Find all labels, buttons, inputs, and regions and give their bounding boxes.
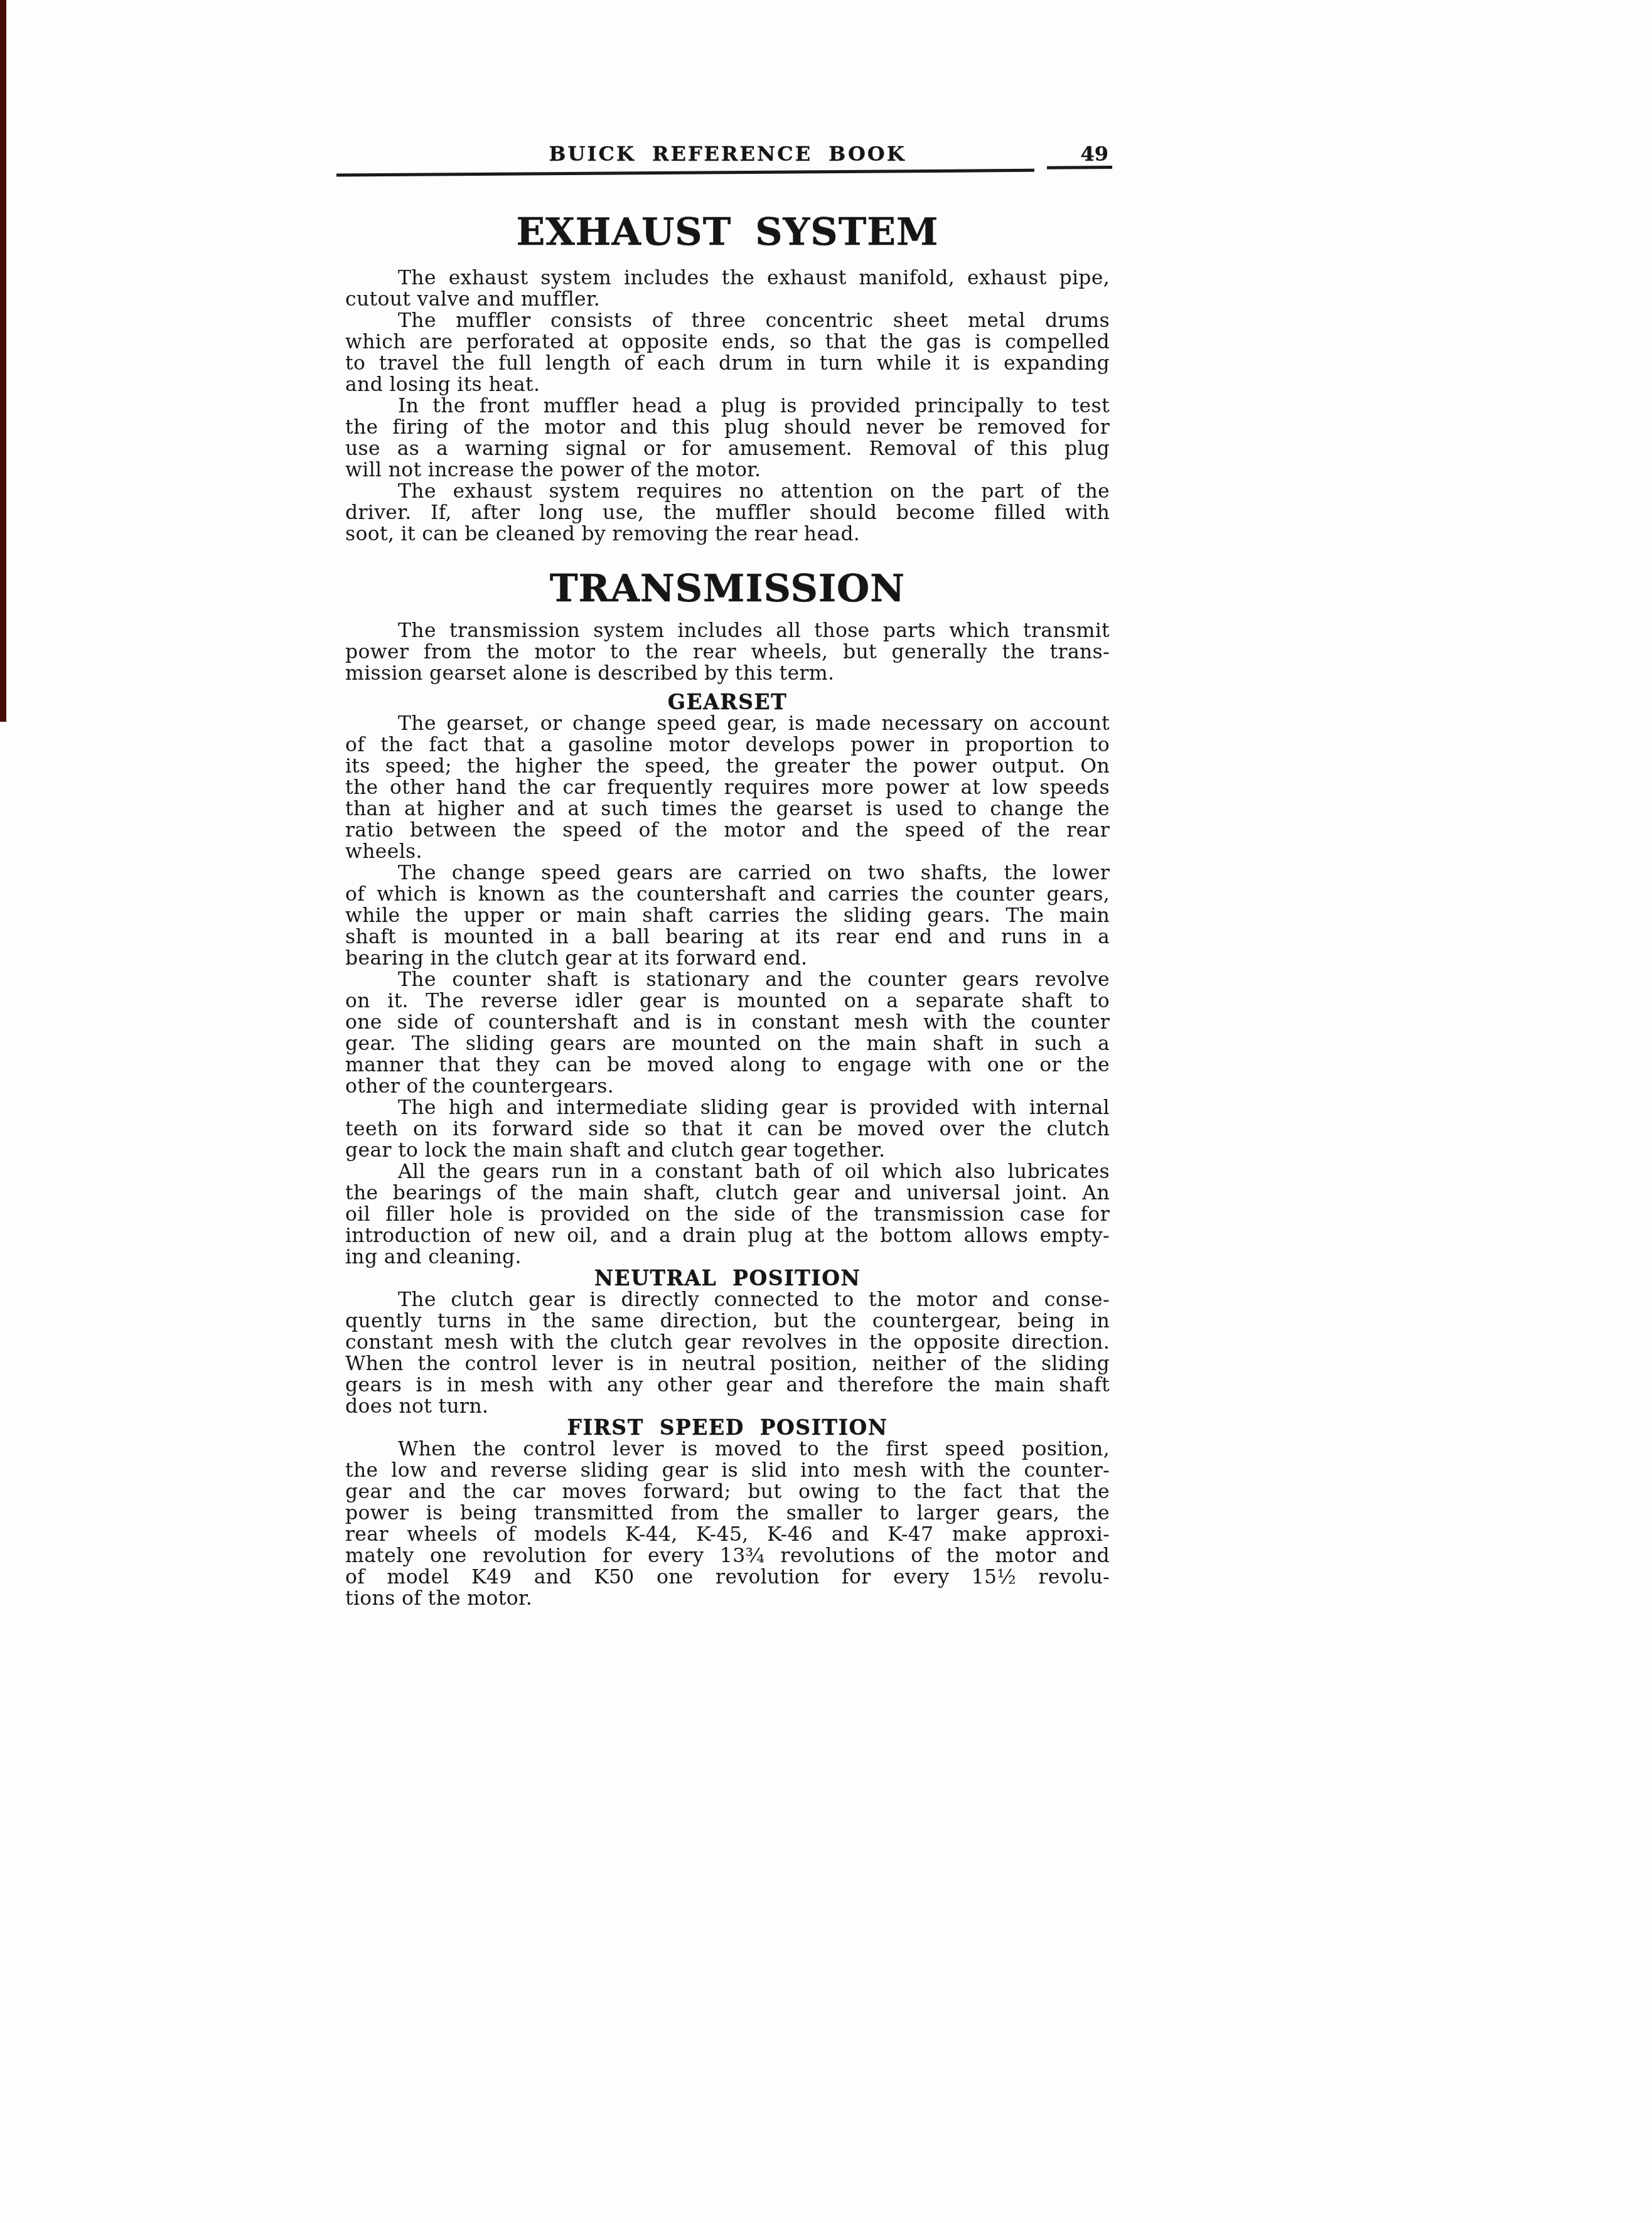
text-line: its speed; the higher the speed, the gre… — [345, 756, 1110, 777]
text-line: The change speed gears are carried on tw… — [345, 862, 1110, 884]
text-line: bearing in the clutch gear at its forwar… — [345, 948, 1110, 969]
text-line: All the gears run in a constant bath of … — [345, 1161, 1110, 1182]
text-line: soot, it can be cleaned by removing the … — [345, 523, 1110, 545]
text-line: on it. The reverse idler gear is mounted… — [345, 990, 1110, 1012]
header-rule-segment-right — [1047, 166, 1112, 169]
text-line: cutout valve and muffler. — [345, 289, 1110, 310]
running-header-title: BUICK REFERENCE BOOK — [345, 141, 1110, 166]
text-line: will not increase the power of the motor… — [345, 459, 1110, 481]
text-line: shaft is mounted in a ball bearing at it… — [345, 926, 1110, 948]
subsection-heading-first-speed-position: FIRST SPEED POSITION — [345, 1417, 1110, 1438]
first-speed-position-body: When the control lever is moved to the f… — [345, 1438, 1110, 1609]
paragraph: The muffler consists of three concentric… — [345, 310, 1110, 395]
book-page-scan: BUICK REFERENCE BOOK 49 EXHAUST SYSTEM T… — [0, 0, 1652, 2223]
paragraph: The gearset, or change speed gear, is ma… — [345, 713, 1110, 862]
transmission-intro: The transmission system includes all tho… — [345, 620, 1110, 684]
text-line: The muffler consists of three concentric… — [345, 310, 1110, 331]
section-title-exhaust-system: EXHAUST SYSTEM — [345, 207, 1110, 257]
text-line: driver. If, after long use, the muffler … — [345, 502, 1110, 523]
text-line: does not turn. — [345, 1396, 1110, 1417]
text-line: the low and reverse sliding gear is slid… — [345, 1460, 1110, 1481]
text-line: other of the countergears. — [345, 1076, 1110, 1097]
text-line: gear and the car moves forward; but owin… — [345, 1481, 1110, 1503]
paragraph: The high and intermediate sliding gear i… — [345, 1097, 1110, 1161]
text-line: gears is in mesh with any other gear and… — [345, 1374, 1110, 1396]
text-line: power from the motor to the rear wheels,… — [345, 641, 1110, 663]
text-line: the bearings of the main shaft, clutch g… — [345, 1182, 1110, 1204]
header-rule — [345, 168, 1110, 177]
subsection-heading-gearset: GEARSET — [345, 692, 1110, 713]
page-number: 49 — [1080, 141, 1108, 166]
text-line: In the front muffler head a plug is prov… — [345, 395, 1110, 417]
text-line: mately one revolution for every 13¾ revo… — [345, 1545, 1110, 1567]
text-line: and losing its heat. — [345, 374, 1110, 395]
paragraph: When the control lever is moved to the f… — [345, 1438, 1110, 1609]
text-line: than at higher and at such times the gea… — [345, 798, 1110, 820]
paragraph: The transmission system includes all tho… — [345, 620, 1110, 684]
neutral-position-body: The clutch gear is directly connected to… — [345, 1289, 1110, 1417]
paragraph: The exhaust system requires no attention… — [345, 481, 1110, 545]
text-line: one side of countershaft and is in const… — [345, 1012, 1110, 1033]
text-line: rear wheels of models K-44, K-45, K-46 a… — [345, 1524, 1110, 1545]
text-line: mission gearset alone is described by th… — [345, 663, 1110, 684]
text-line: The high and intermediate sliding gear i… — [345, 1097, 1110, 1118]
text-line: tions of the motor. — [345, 1588, 1110, 1609]
text-line: of model K49 and K50 one revolution for … — [345, 1567, 1110, 1588]
text-line: wheels. — [345, 841, 1110, 862]
text-line: constant mesh with the clutch gear revol… — [345, 1332, 1110, 1353]
text-line: power is being transmitted from the smal… — [345, 1503, 1110, 1524]
text-line: ratio between the speed of the motor and… — [345, 820, 1110, 841]
section-title-transmission: TRANSMISSION — [345, 564, 1110, 614]
text-line: gear. The sliding gears are mounted on t… — [345, 1033, 1110, 1054]
text-line: teeth on its forward side so that it can… — [345, 1118, 1110, 1140]
running-header: BUICK REFERENCE BOOK 49 — [345, 141, 1110, 166]
text-line: while the upper or main shaft carries th… — [345, 905, 1110, 926]
text-line: to travel the full length of each drum i… — [345, 353, 1110, 374]
paragraph: The change speed gears are carried on tw… — [345, 862, 1110, 969]
text-line: use as a warning signal or for amusement… — [345, 438, 1110, 459]
text-line: The clutch gear is directly connected to… — [345, 1289, 1110, 1310]
text-line: quently turns in the same direction, but… — [345, 1310, 1110, 1332]
text-line: oil filler hole is provided on the side … — [345, 1204, 1110, 1225]
subsection-heading-neutral-position: NEUTRAL POSITION — [345, 1268, 1110, 1289]
paragraph: In the front muffler head a plug is prov… — [345, 395, 1110, 481]
text-line: The gearset, or change speed gear, is ma… — [345, 713, 1110, 734]
text-line: The exhaust system requires no attention… — [345, 481, 1110, 502]
text-line: the firing of the motor and this plug sh… — [345, 417, 1110, 438]
text-line: gear to lock the main shaft and clutch g… — [345, 1140, 1110, 1161]
paragraph: The clutch gear is directly connected to… — [345, 1289, 1110, 1417]
text-line: introduction of new oil, and a drain plu… — [345, 1225, 1110, 1246]
paragraph: The counter shaft is stationary and the … — [345, 969, 1110, 1097]
text-line: The exhaust system includes the exhaust … — [345, 267, 1110, 289]
text-line: of which is known as the countershaft an… — [345, 884, 1110, 905]
text-line: When the control lever is moved to the f… — [345, 1438, 1110, 1460]
scan-edge-artifact — [0, 0, 6, 722]
text-line: The transmission system includes all tho… — [345, 620, 1110, 641]
text-line: which are perforated at opposite ends, s… — [345, 331, 1110, 353]
exhaust-system-body: The exhaust system includes the exhaust … — [345, 267, 1110, 545]
text-line: of the fact that a gasoline motor develo… — [345, 734, 1110, 756]
text-line: When the control lever is in neutral pos… — [345, 1353, 1110, 1374]
page-content: BUICK REFERENCE BOOK 49 EXHAUST SYSTEM T… — [345, 0, 1110, 1609]
header-rule-segment-left — [336, 169, 1034, 177]
text-line: the other hand the car frequently requir… — [345, 777, 1110, 798]
paragraph: All the gears run in a constant bath of … — [345, 1161, 1110, 1268]
text-line: ing and cleaning. — [345, 1246, 1110, 1268]
paragraph: The exhaust system includes the exhaust … — [345, 267, 1110, 310]
text-line: The counter shaft is stationary and the … — [345, 969, 1110, 990]
gearset-body: The gearset, or change speed gear, is ma… — [345, 713, 1110, 1268]
text-line: manner that they can be moved along to e… — [345, 1054, 1110, 1076]
